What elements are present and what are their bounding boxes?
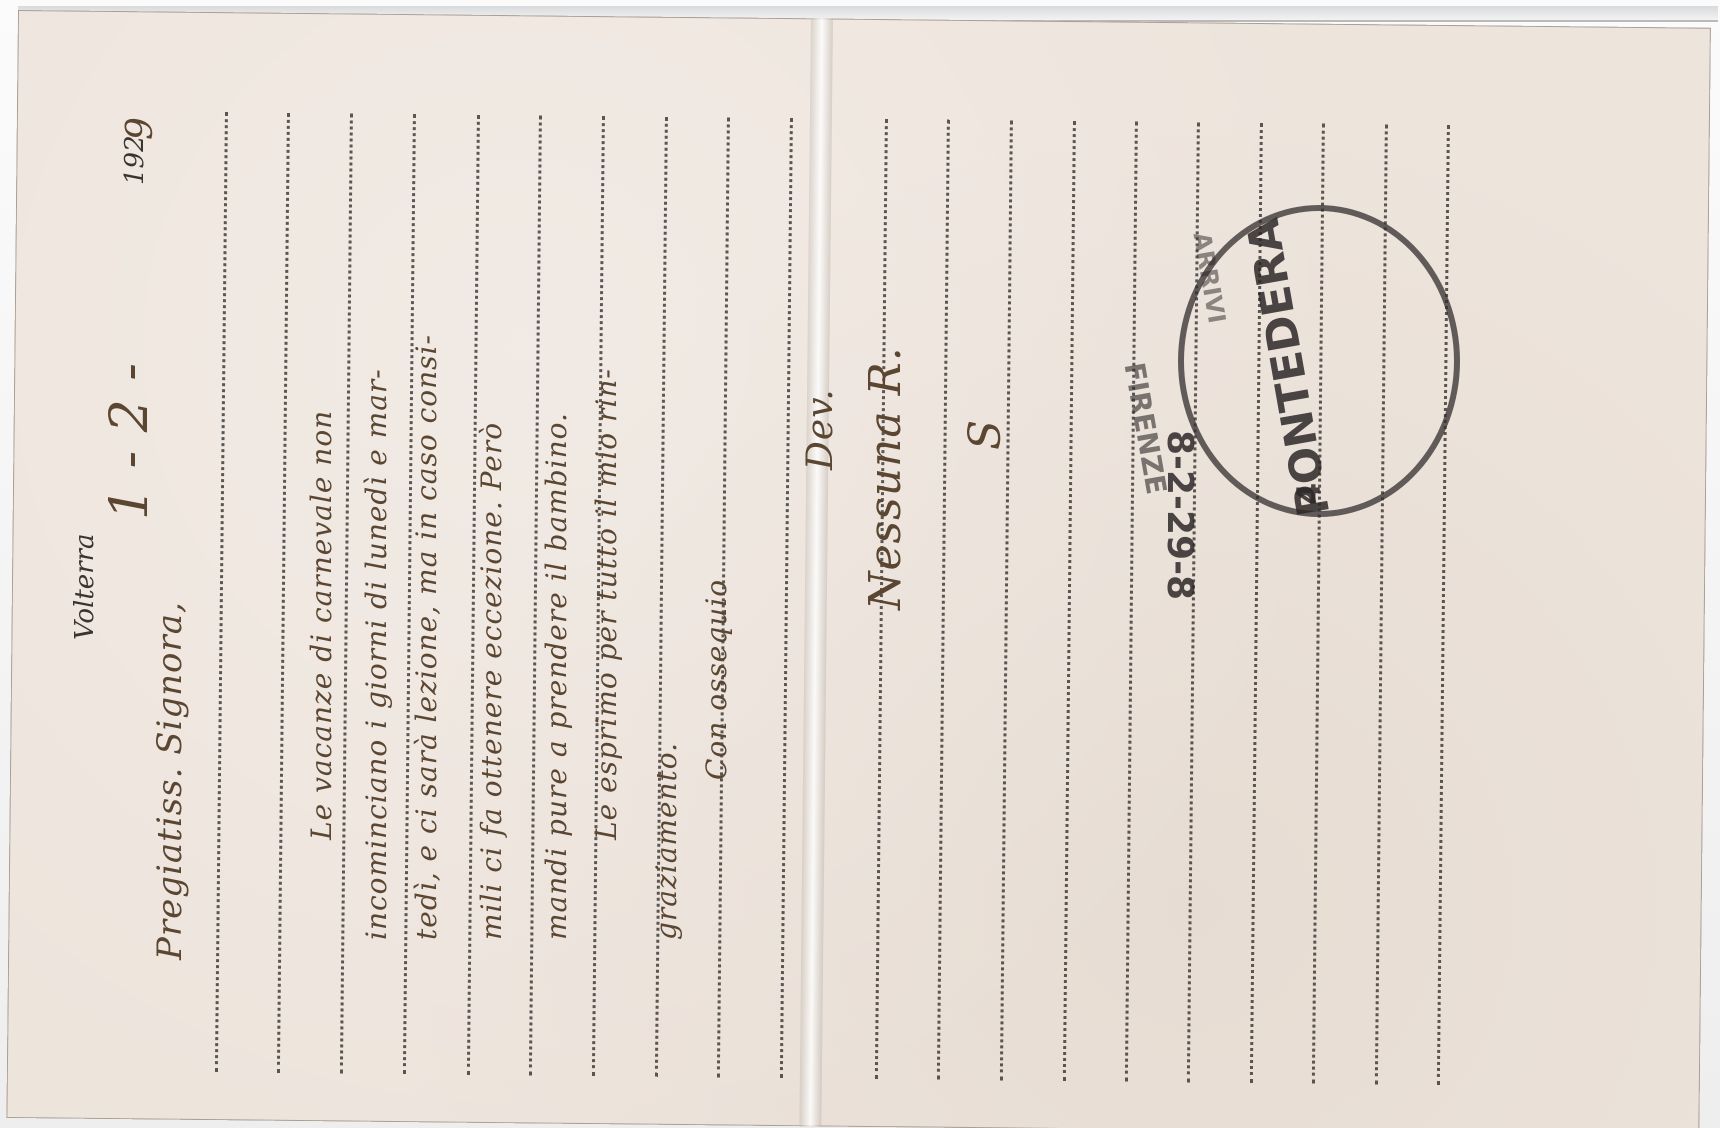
body-line: mili ci fa ottenere eccezione. Però [475, 422, 508, 940]
body-line: mandi pure a prendere il bambino. [540, 412, 573, 940]
signature-mark: S [960, 419, 1011, 450]
body-line: tedì, e ci sarà lezione, ma in caso cons… [410, 334, 443, 940]
signature-line-1: Dev. [800, 388, 841, 470]
salutation: Pregiatiss. Signora, [150, 601, 190, 960]
rotated-text-layer: Volterra 1 - 2 - 192 9 Pregiatiss. Signo… [0, 0, 1720, 1128]
body-line: Le vacanze di carnevale non [305, 410, 338, 840]
handwritten-date: 1 - 2 - [100, 362, 160, 520]
closing: Con ossequio [700, 579, 733, 780]
body-line: Le esprimo per tutto il mio rin- [590, 368, 623, 840]
handwritten-year-digit: 9 [120, 116, 161, 140]
body-line: graziamento. [650, 742, 683, 940]
printed-place: Volterra [70, 533, 100, 640]
body-line: incominciano i giorni di lunedì e mar- [360, 368, 393, 940]
printed-year-prefix: 192 [120, 135, 150, 185]
postmark-office-number: 4 [1290, 483, 1328, 505]
signature-line-2: Nessuna R. [860, 346, 911, 610]
